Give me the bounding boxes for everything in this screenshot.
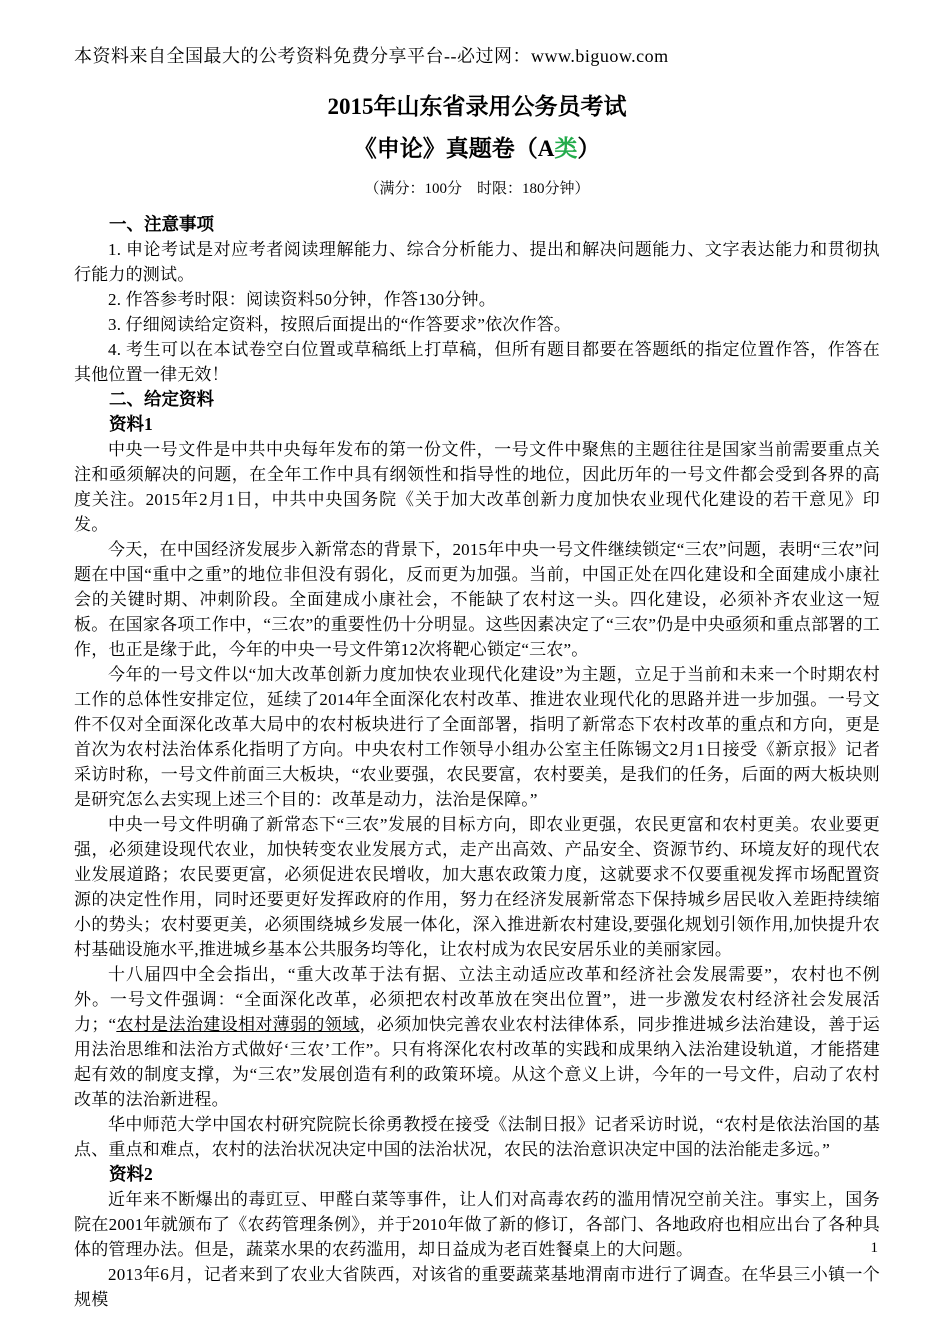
material-1-paragraph-2: 今天，在中国经济发展步入新常态的背景下，2015年中央一号文件继续锁定“三农”问… bbox=[74, 537, 880, 662]
notice-item-2: 2. 作答参考时限：阅读资料50分钟，作答130分钟。 bbox=[74, 287, 880, 312]
notice-item-4: 4. 考生可以在本试卷空白位置或草稿纸上打草稿，但所有题目都要在答题纸的指定位置… bbox=[74, 337, 880, 387]
exam-meta: （满分：100分 时限：180分钟） bbox=[74, 178, 880, 200]
page-subtitle: 《申论》真题卷（A类） bbox=[74, 134, 880, 164]
subtitle-suffix: ） bbox=[577, 136, 600, 161]
subtitle-prefix: 《申论》真题卷（A bbox=[354, 136, 555, 161]
document-page: 本资料来自全国最大的公考资料免费分享平台--必过网：www.biguow.com… bbox=[0, 0, 950, 1344]
material-2-paragraph-2: 2013年6月，记者来到了农业大省陕西，对该省的重要蔬菜基地渭南市进行了调查。在… bbox=[74, 1262, 880, 1312]
material-1-paragraph-4: 中央一号文件明确了新常态下“三农”发展的目标方向，即农业更强，农民更富和农村更美… bbox=[74, 812, 880, 962]
page-number: 1 bbox=[871, 1240, 879, 1257]
notice-heading: 一、注意事项 bbox=[74, 212, 880, 237]
notice-item-1: 1. 申论考试是对应考者阅读理解能力、综合分析能力、提出和解决问题能力、文字表达… bbox=[74, 237, 880, 287]
material-1-paragraph-5: 十八届四中全会指出，“重大改革于法有据、立法主动适应改革和经济社会发展需要”，农… bbox=[74, 962, 880, 1112]
material-1-paragraph-1: 中央一号文件是中共中央每年发布的第一份文件，一号文件中聚焦的主题往往是国家当前需… bbox=[74, 437, 880, 537]
header-note: 本资料来自全国最大的公考资料免费分享平台--必过网：www.biguow.com bbox=[74, 44, 880, 68]
material-1-paragraph-3: 今年的一号文件以“加大改革创新力度加快农业现代化建设”为主题，立足于当前和未来一… bbox=[74, 662, 880, 812]
material-1-paragraph-6: 华中师范大学中国农村研究院院长徐勇教授在接受《法制日报》记者采访时说，“农村是依… bbox=[74, 1112, 880, 1162]
material-2-label: 资料2 bbox=[74, 1162, 880, 1187]
materials-heading: 二、给定资料 bbox=[74, 387, 880, 412]
notice-item-3: 3. 仔细阅读给定资料，按照后面提出的“作答要求”依次作答。 bbox=[74, 312, 880, 337]
subtitle-class-highlight: 类 bbox=[554, 136, 577, 161]
underlined-phrase: 农村是法治建设相对薄弱的领域 bbox=[116, 1015, 359, 1034]
material-1-label: 资料1 bbox=[74, 412, 880, 437]
page-title: 2015年山东省录用公务员考试 bbox=[74, 92, 880, 122]
material-2-paragraph-1: 近年来不断爆出的毒豇豆、甲醛白菜等事件，让人们对高毒农药的滥用情况空前关注。事实… bbox=[74, 1187, 880, 1262]
